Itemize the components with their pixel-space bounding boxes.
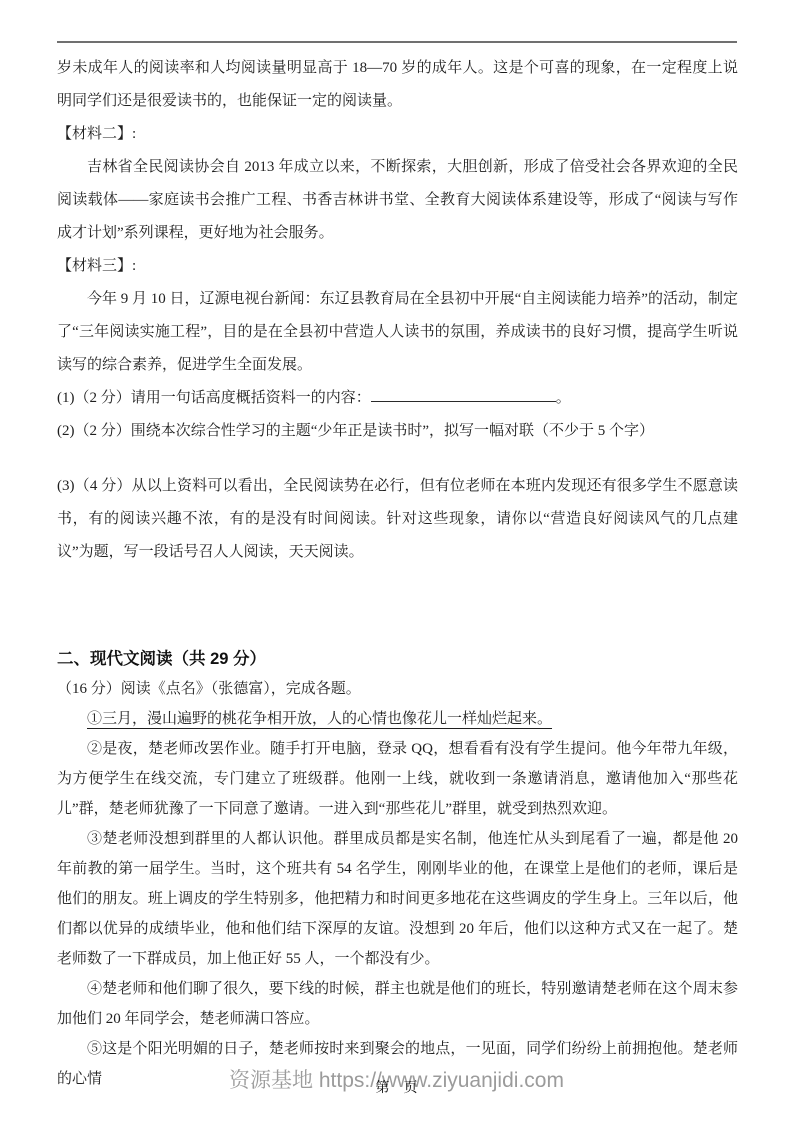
reading-intro: （16 分）阅读《点名》（张德富），完成各题。 [57,674,738,704]
passage-paragraph-1: ①三月，漫山遍野的桃花争相开放，人的心情也像花儿一样灿烂起来。 [57,704,738,734]
passage-paragraph-4: ④楚老师和他们聊了很久，要下线的时候，群主也就是他们的班长，特别邀请楚老师在这个… [57,974,738,1034]
page-number-label: 第 页 [0,1077,793,1097]
modern-reading-section: 二、现代文阅读（共 29 分） （16 分）阅读《点名》（张德富），完成各题。 … [57,644,738,1094]
question-3: (3)（4 分）从以上资料可以看出，全民阅读势在必行，但有位老师在本班内发现还有… [57,470,738,569]
material-3-text: 今年 9 月 10 日，辽源电视台新闻：东辽县教育局在全县初中开展“自主阅读能力… [57,283,738,382]
section-2-heading: 二、现代文阅读（共 29 分） [57,644,738,674]
page-content: 岁未成年人的阅读率和人均阅读量明显高于 18—70 岁的成年人。这是个可喜的现象… [57,52,738,1094]
header-divider-rule [57,41,737,43]
question-2: (2)（2 分）围绕本次综合性学习的主题“少年正是读书时”，拟写一幅对联（不少于… [57,415,738,448]
material-2-label: 【材料二】: [57,118,738,151]
passage-paragraph-3: ③楚老师没想到群里的人都认识他。群里成员都是实名制，他连忙从头到尾看了一遍，都是… [57,824,738,974]
answer-blank-line [371,387,556,402]
question-1-suffix: 。 [556,390,571,406]
material-3-label: 【材料三】: [57,250,738,283]
passage-paragraph-2: ②是夜，楚老师改罢作业。随手打开电脑，登录 QQ，想看看有没有学生提问。他今年带… [57,734,738,824]
materials-section: 岁未成年人的阅读率和人均阅读量明显高于 18—70 岁的成年人。这是个可喜的现象… [57,52,738,569]
question-1: (1)（2 分）请用一句话高度概括资料一的内容：。 [57,382,738,415]
question-1-text: (1)（2 分）请用一句话高度概括资料一的内容： [57,390,371,406]
exam-paper-page: 岁未成年人的阅读率和人均阅读量明显高于 18—70 岁的成年人。这是个可喜的现象… [0,0,793,1122]
paragraph-continuation: 岁未成年人的阅读率和人均阅读量明显高于 18—70 岁的成年人。这是个可喜的现象… [57,52,738,118]
material-2-text: 吉林省全民阅读协会自 2013 年成立以来，不断探索，大胆创新，形成了倍受社会各… [57,151,738,250]
